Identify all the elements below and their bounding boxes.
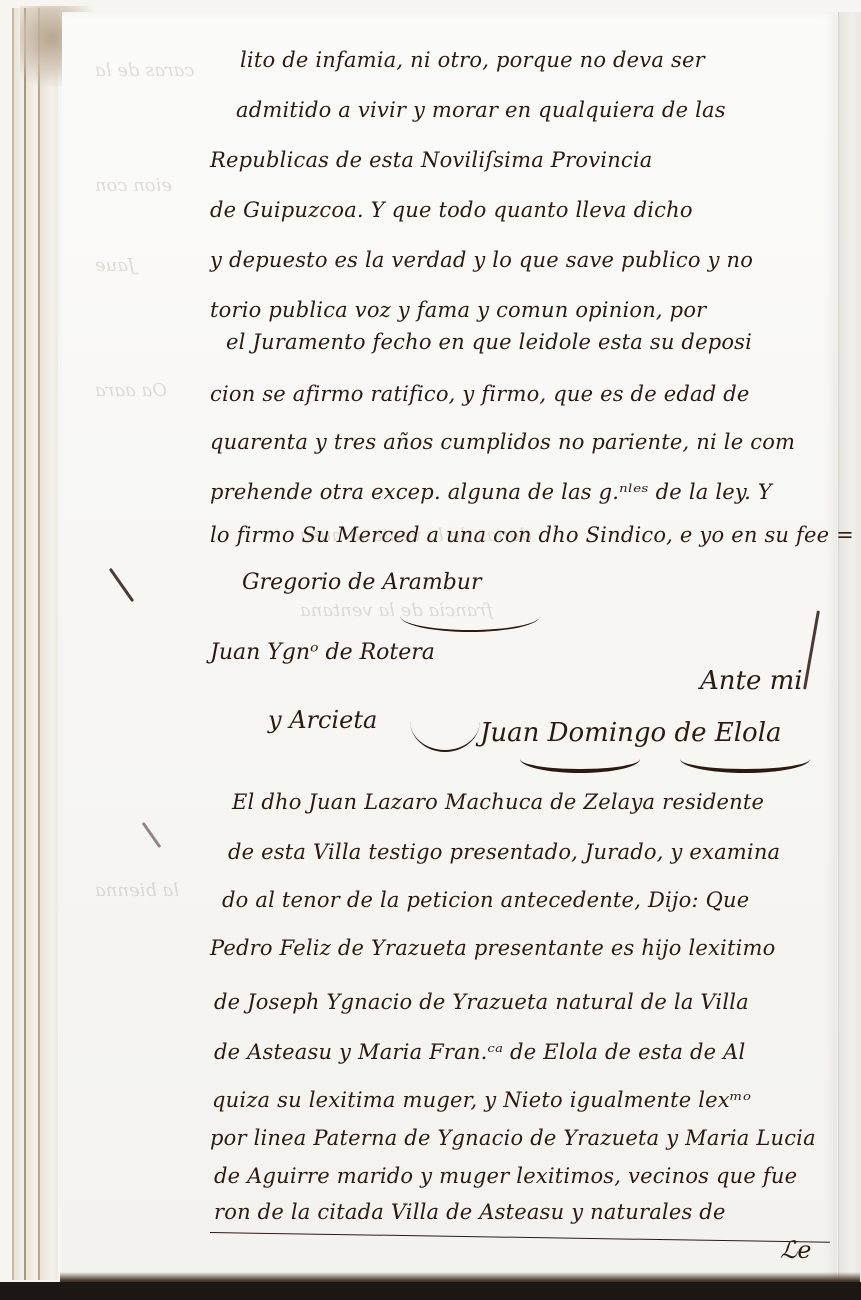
signature-flourish bbox=[400, 600, 540, 632]
bleed-through: la bienna bbox=[95, 880, 179, 901]
text-line: de Guipuzcoa. Y que todo quanto lleva di… bbox=[210, 198, 693, 222]
bleed-through: Jaue bbox=[95, 255, 135, 276]
signature-flourish bbox=[520, 745, 640, 773]
text-line: prehende otra excep. alguna de las g.ⁿˡᵉ… bbox=[210, 480, 772, 504]
text-line: lo firmo Su Merced a una con dho Sindico… bbox=[210, 523, 854, 547]
text-line: torio publica voz y fama y comun opinion… bbox=[210, 298, 706, 322]
text-line: El dho Juan Lazaro Machuca de Zelaya res… bbox=[232, 790, 764, 814]
text-line: do al tenor de la peticion antecedente, … bbox=[222, 888, 749, 912]
text-line: y depuesto es la verdad y lo que save pu… bbox=[210, 248, 753, 272]
text-line: de esta Villa testigo presentado, Jurado… bbox=[228, 840, 780, 864]
text-line: cion se afirmo ratifico, y firmo, que es… bbox=[210, 382, 750, 406]
page-edge bbox=[38, 8, 58, 1280]
end-mark: ℒe bbox=[780, 1236, 812, 1264]
signature-arcieta: y Arcieta bbox=[268, 706, 377, 734]
text-line: quiza su lexitima muger, y Nieto igualme… bbox=[212, 1088, 751, 1112]
right-fold bbox=[838, 12, 861, 1284]
text-line: por linea Paterna de Ygnacio de Yrazueta… bbox=[210, 1126, 816, 1150]
text-line: de Joseph Ygnacio de Yrazueta natural de… bbox=[214, 990, 749, 1014]
bleed-through: eion con bbox=[95, 175, 172, 196]
bleed-through: caras de la bbox=[95, 60, 195, 81]
text-line: quarenta y tres años cumplidos no parien… bbox=[210, 430, 795, 454]
signature-juan-domingo: Juan Domingo de Elola bbox=[480, 718, 782, 748]
text-line: Republicas de esta Noviliſsima Provincia bbox=[210, 148, 653, 172]
text-line: de Asteasu y Maria Fran.ᶜᵃ de Elola de e… bbox=[214, 1040, 745, 1064]
scanned-page: caras de la eion con Jaue Oa aara danas … bbox=[0, 0, 861, 1300]
text-line: admitido a vivir y morar en qualquiera d… bbox=[236, 98, 726, 122]
signature-juan-ygnacio: Juan Ygnᵒ de Rotera bbox=[210, 640, 435, 665]
bleed-through: Oa aara bbox=[95, 380, 167, 401]
signature-gregorio: Gregorio de Arambur bbox=[242, 570, 481, 595]
text-line: Pedro Feliz de Yrazueta presentante es h… bbox=[210, 936, 776, 960]
signature-flourish bbox=[680, 745, 810, 773]
signature-flourish bbox=[410, 690, 480, 752]
text-line: ron de la citada Villa de Asteasu y natu… bbox=[214, 1200, 726, 1224]
notary-mark: Ante mi bbox=[700, 666, 803, 696]
text-line: lito de infamia, ni otro, porque no deva… bbox=[240, 48, 705, 72]
text-line: de Aguirre marido y muger lexitimos, vec… bbox=[214, 1164, 797, 1188]
text-line: el Juramento fecho en que leidole esta s… bbox=[226, 330, 752, 354]
bottom-shadow bbox=[0, 1282, 861, 1300]
